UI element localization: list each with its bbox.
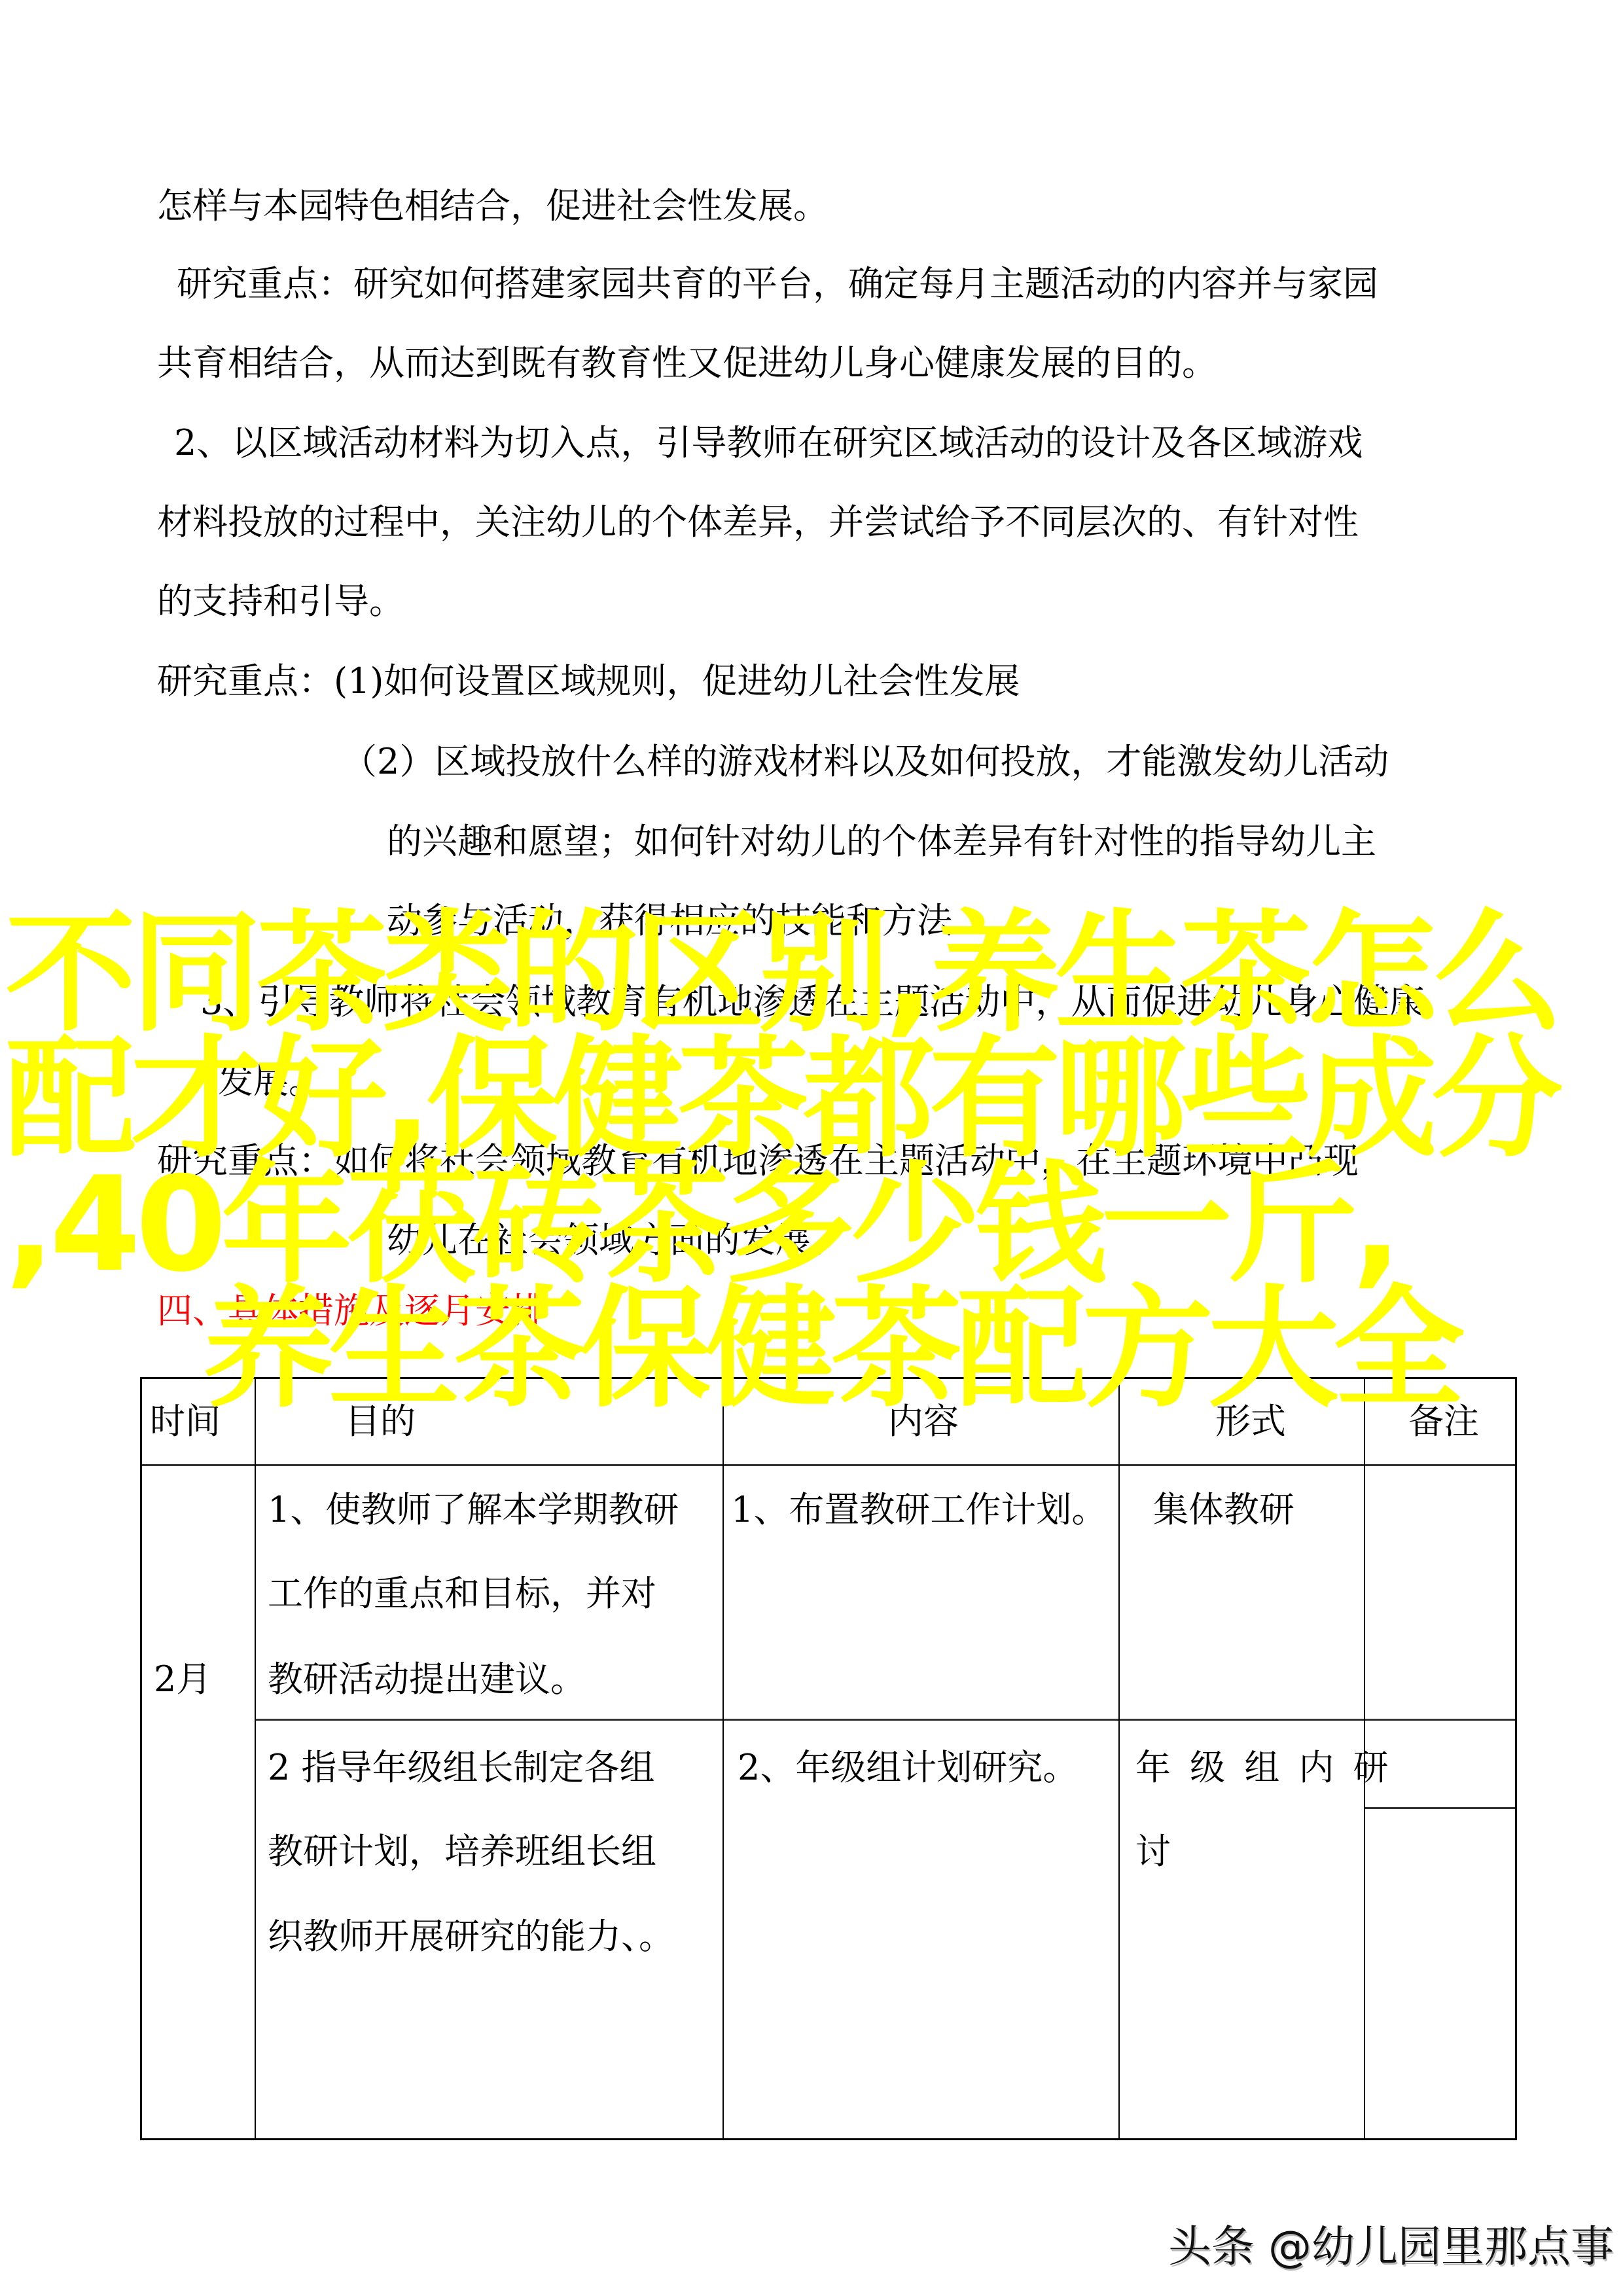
paragraph-line: 研究重点：(1)如何设置区域规则，促进幼儿社会性发展 xyxy=(157,660,1020,702)
overlay-title-line-1: 不同茶类的区别,养生茶怎么 xyxy=(5,908,1558,1039)
overlay-title-line-3: ,40年茯砖茶多少钱一斤, xyxy=(5,1160,1397,1291)
paragraph-line: 研究重点：研究如何搭建家园共育的平台，确定每月主题活动的内容并与家园 xyxy=(177,263,1378,305)
table-cell-purpose: 2 指导年级组长制定各组 xyxy=(268,1747,655,1789)
schedule-table: 时间 目的 内容 形式 备注 2月 1、使教师了解本学期教研 工作的重点和目标，… xyxy=(140,1377,1517,2140)
table-cell-content: 2、年级组计划研究。 xyxy=(738,1747,1078,1789)
paragraph-line: 2、以区域活动材料为切入点，引导教师在研究区域活动的设计及各区域游戏 xyxy=(174,422,1363,464)
table-cell-purpose: 教研计划，培养班组长组 xyxy=(268,1831,656,1873)
table-cell-form: 集体教研 xyxy=(1153,1489,1294,1531)
paragraph-line: （2）区域投放什么样的游戏材料以及如何投放，才能激发幼儿活动 xyxy=(342,741,1389,783)
table-cell-purpose: 工作的重点和目标，并对 xyxy=(268,1573,656,1615)
table-cell-content: 1、布置教研工作计划。 xyxy=(731,1489,1107,1531)
paragraph-line: 共育相结合，从而达到既有教育性又促进幼儿身心健康发展的目的。 xyxy=(157,342,1217,384)
table-col-divider xyxy=(255,1379,256,2138)
table-cell-purpose: 1、使教师了解本学期教研 xyxy=(268,1489,679,1531)
table-row-divider xyxy=(255,1719,1515,1721)
overlay-title-line-4: 养生茶保健茶配方大全 xyxy=(203,1284,1459,1415)
table-col-divider xyxy=(1118,1379,1120,2138)
paragraph-line: 怎样与本园特色相结合，促进社会性发展。 xyxy=(157,185,829,227)
table-cell-purpose: 教研活动提出建议。 xyxy=(268,1659,586,1700)
table-remark-divider xyxy=(1364,1807,1515,1809)
table-cell-form: 年 级 组 内 研 xyxy=(1135,1747,1393,1789)
paragraph-line: 材料投放的过程中，关注幼儿的个体差异，并尝试给予不同层次的、有针对性 xyxy=(157,501,1359,543)
table-cell-form: 讨 xyxy=(1135,1831,1171,1873)
watermark: 头条 @幼儿园里那点事 xyxy=(1168,2222,1614,2272)
table-col-divider xyxy=(722,1379,724,2138)
table-header-divider xyxy=(142,1464,1515,1466)
paragraph-line: 的支持和引导。 xyxy=(157,581,404,622)
table-cell-month: 2月 xyxy=(154,1659,211,1700)
paragraph-line: 的兴趣和愿望；如何针对幼儿的个体差异有针对性的指导幼儿主 xyxy=(387,821,1376,863)
overlay-title-line-2: 配才好,保健茶都有哪些成分 xyxy=(5,1034,1558,1165)
table-cell-purpose: 织教师开展研究的能力、。 xyxy=(268,1916,674,1958)
